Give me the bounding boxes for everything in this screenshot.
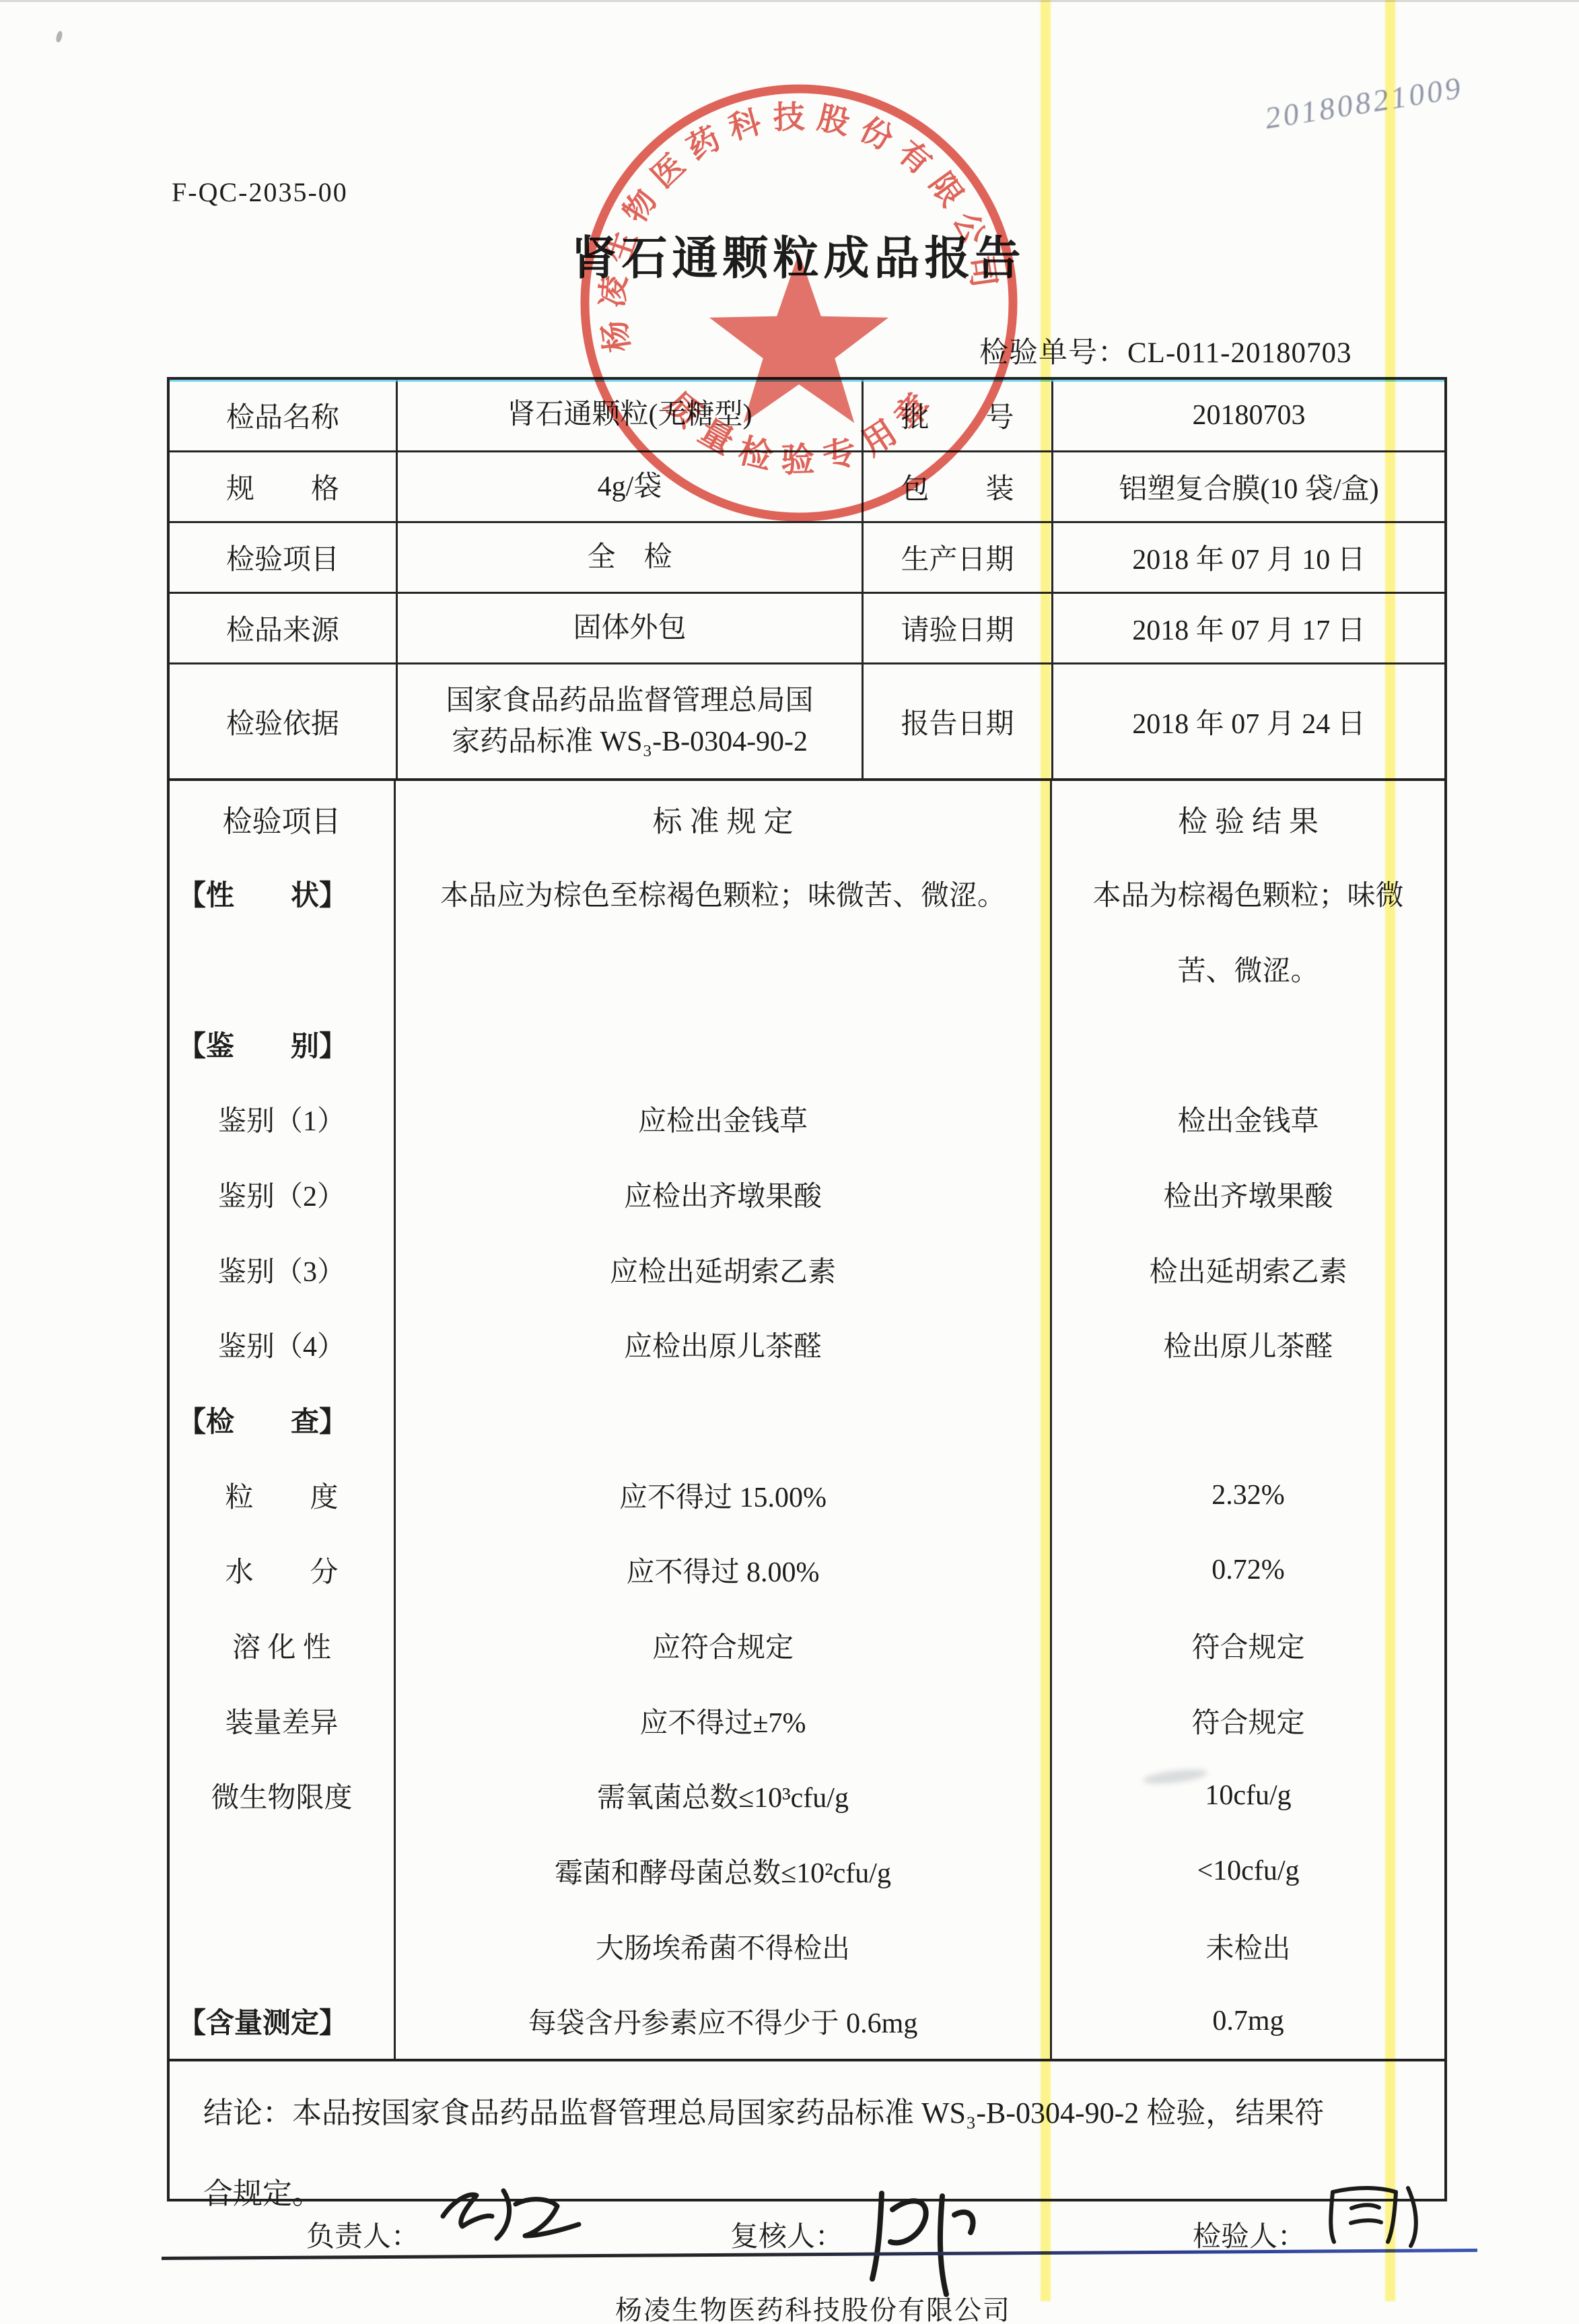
- handwritten-number: 20180821009: [1263, 69, 1466, 136]
- company-seal-stamp: 杨凌生物医药科技股份有限公司 质量检验专用章: [573, 81, 1024, 532]
- test-item: [170, 931, 396, 1006]
- test-item: 【检 查】: [170, 1382, 396, 1458]
- report-page: F-QC-2035-00 肾石通颗粒成品报告 检验单号：CL-011-20180…: [0, 0, 1579, 2324]
- test-item: 【性 状】: [170, 856, 396, 932]
- info-label: 请验日期: [862, 592, 1051, 662]
- info-value: 国家食品药品监督管理总局国 家药品标准 WS₃-B-0304-90-2: [396, 662, 862, 778]
- column-header-item: 检验项目: [170, 781, 396, 856]
- test-item: 粒 度: [170, 1458, 396, 1533]
- scan-speck: [55, 30, 63, 42]
- column-header-standard: 标 准 规 定: [396, 781, 1052, 856]
- svg-text:质量检验专用章: 质量检验专用章: [658, 377, 946, 479]
- test-item: 鉴别（4）: [170, 1307, 396, 1383]
- test-standard: 每袋含丹参素应不得少于 0.6mg: [396, 1983, 1052, 2059]
- reviewer-label: 复核人：: [730, 2214, 843, 2255]
- form-number: F-QC-2035-00: [172, 176, 348, 208]
- test-standard: [396, 1006, 1052, 1082]
- test-item: [170, 1909, 396, 1984]
- scan-top-edge: [0, 0, 1579, 2]
- test-standard: 应检出金钱草: [396, 1082, 1052, 1157]
- test-item: 装量差异: [170, 1683, 396, 1758]
- test-standard: 应不得过 8.00%: [396, 1532, 1052, 1608]
- yellow-highlighter-line-left: [1041, 0, 1051, 2301]
- test-item: 【含量测定】: [170, 1983, 396, 2059]
- test-result-table: 检验项目 标 准 规 定 检 验 结 果 【性 状】 本品应为棕色至棕褐色颗粒；…: [167, 781, 1447, 2061]
- test-standard: 霉菌和酵母菌总数≤10²cfu/g: [396, 1833, 1052, 1909]
- responsible-label: 负责人：: [306, 2214, 419, 2255]
- responsible-signature: [424, 2173, 606, 2254]
- test-item: 鉴别（2）: [170, 1157, 396, 1232]
- conclusion-box: 结论：本品按国家食品药品监督管理总局国家药品标准 WS₃-B-0304-90-2…: [167, 2061, 1447, 2201]
- test-standard: [396, 931, 1052, 1006]
- reviewer-signature: [853, 2181, 1002, 2302]
- info-value: 固体外包: [396, 592, 862, 662]
- report-number-line: 检验单号：CL-011-20180703: [979, 330, 1352, 371]
- test-standard: 应不得过 15.00%: [396, 1458, 1052, 1533]
- info-label: 检验依据: [170, 662, 396, 778]
- inspector-label: 检验人：: [1193, 2214, 1306, 2255]
- info-label: 检品名称: [170, 380, 396, 450]
- company-name: 杨凌生物医药科技股份有限公司: [0, 2289, 1579, 2324]
- test-item: 微生物限度: [170, 1758, 396, 1833]
- test-item: 水 分: [170, 1532, 396, 1608]
- test-standard: 应符合规定: [396, 1608, 1052, 1683]
- test-item: 【鉴 别】: [170, 1006, 396, 1082]
- inspector-signature: [1314, 2173, 1442, 2254]
- info-label: 检验项目: [170, 521, 396, 592]
- test-standard: [396, 1382, 1052, 1458]
- test-item: 溶 化 性: [170, 1608, 396, 1683]
- test-item: 鉴别（3）: [170, 1232, 396, 1307]
- report-number-value: CL-011-20180703: [1127, 337, 1352, 369]
- test-standard: 应不得过±7%: [396, 1683, 1052, 1758]
- yellow-highlighter-line-right: [1385, 0, 1395, 2301]
- info-label: 规 格: [170, 450, 396, 521]
- info-label: 报告日期: [862, 662, 1051, 778]
- seal-bottom-text: 质量检验专用章: [658, 377, 946, 479]
- test-item: [170, 1833, 396, 1909]
- test-item: 鉴别（1）: [170, 1082, 396, 1157]
- conclusion-line-1: 结论：本品按国家食品药品监督管理总局国家药品标准 WS₃-B-0304-90-2…: [203, 2088, 1420, 2131]
- test-standard: 本品应为棕色至棕褐色颗粒；味微苦、微涩。: [396, 856, 1052, 932]
- seal-star-icon: [709, 252, 888, 423]
- test-standard: 大肠埃希菌不得检出: [396, 1909, 1052, 1984]
- test-standard: 应检出齐墩果酸: [396, 1157, 1052, 1232]
- info-label: 检品来源: [170, 592, 396, 662]
- conclusion-line-2: 合规定。: [203, 2169, 1420, 2212]
- test-standard: 应检出延胡索乙素: [396, 1232, 1052, 1307]
- test-standard: 应检出原儿茶醛: [396, 1307, 1052, 1383]
- test-standard: 需氧菌总数≤10³cfu/g: [396, 1758, 1052, 1833]
